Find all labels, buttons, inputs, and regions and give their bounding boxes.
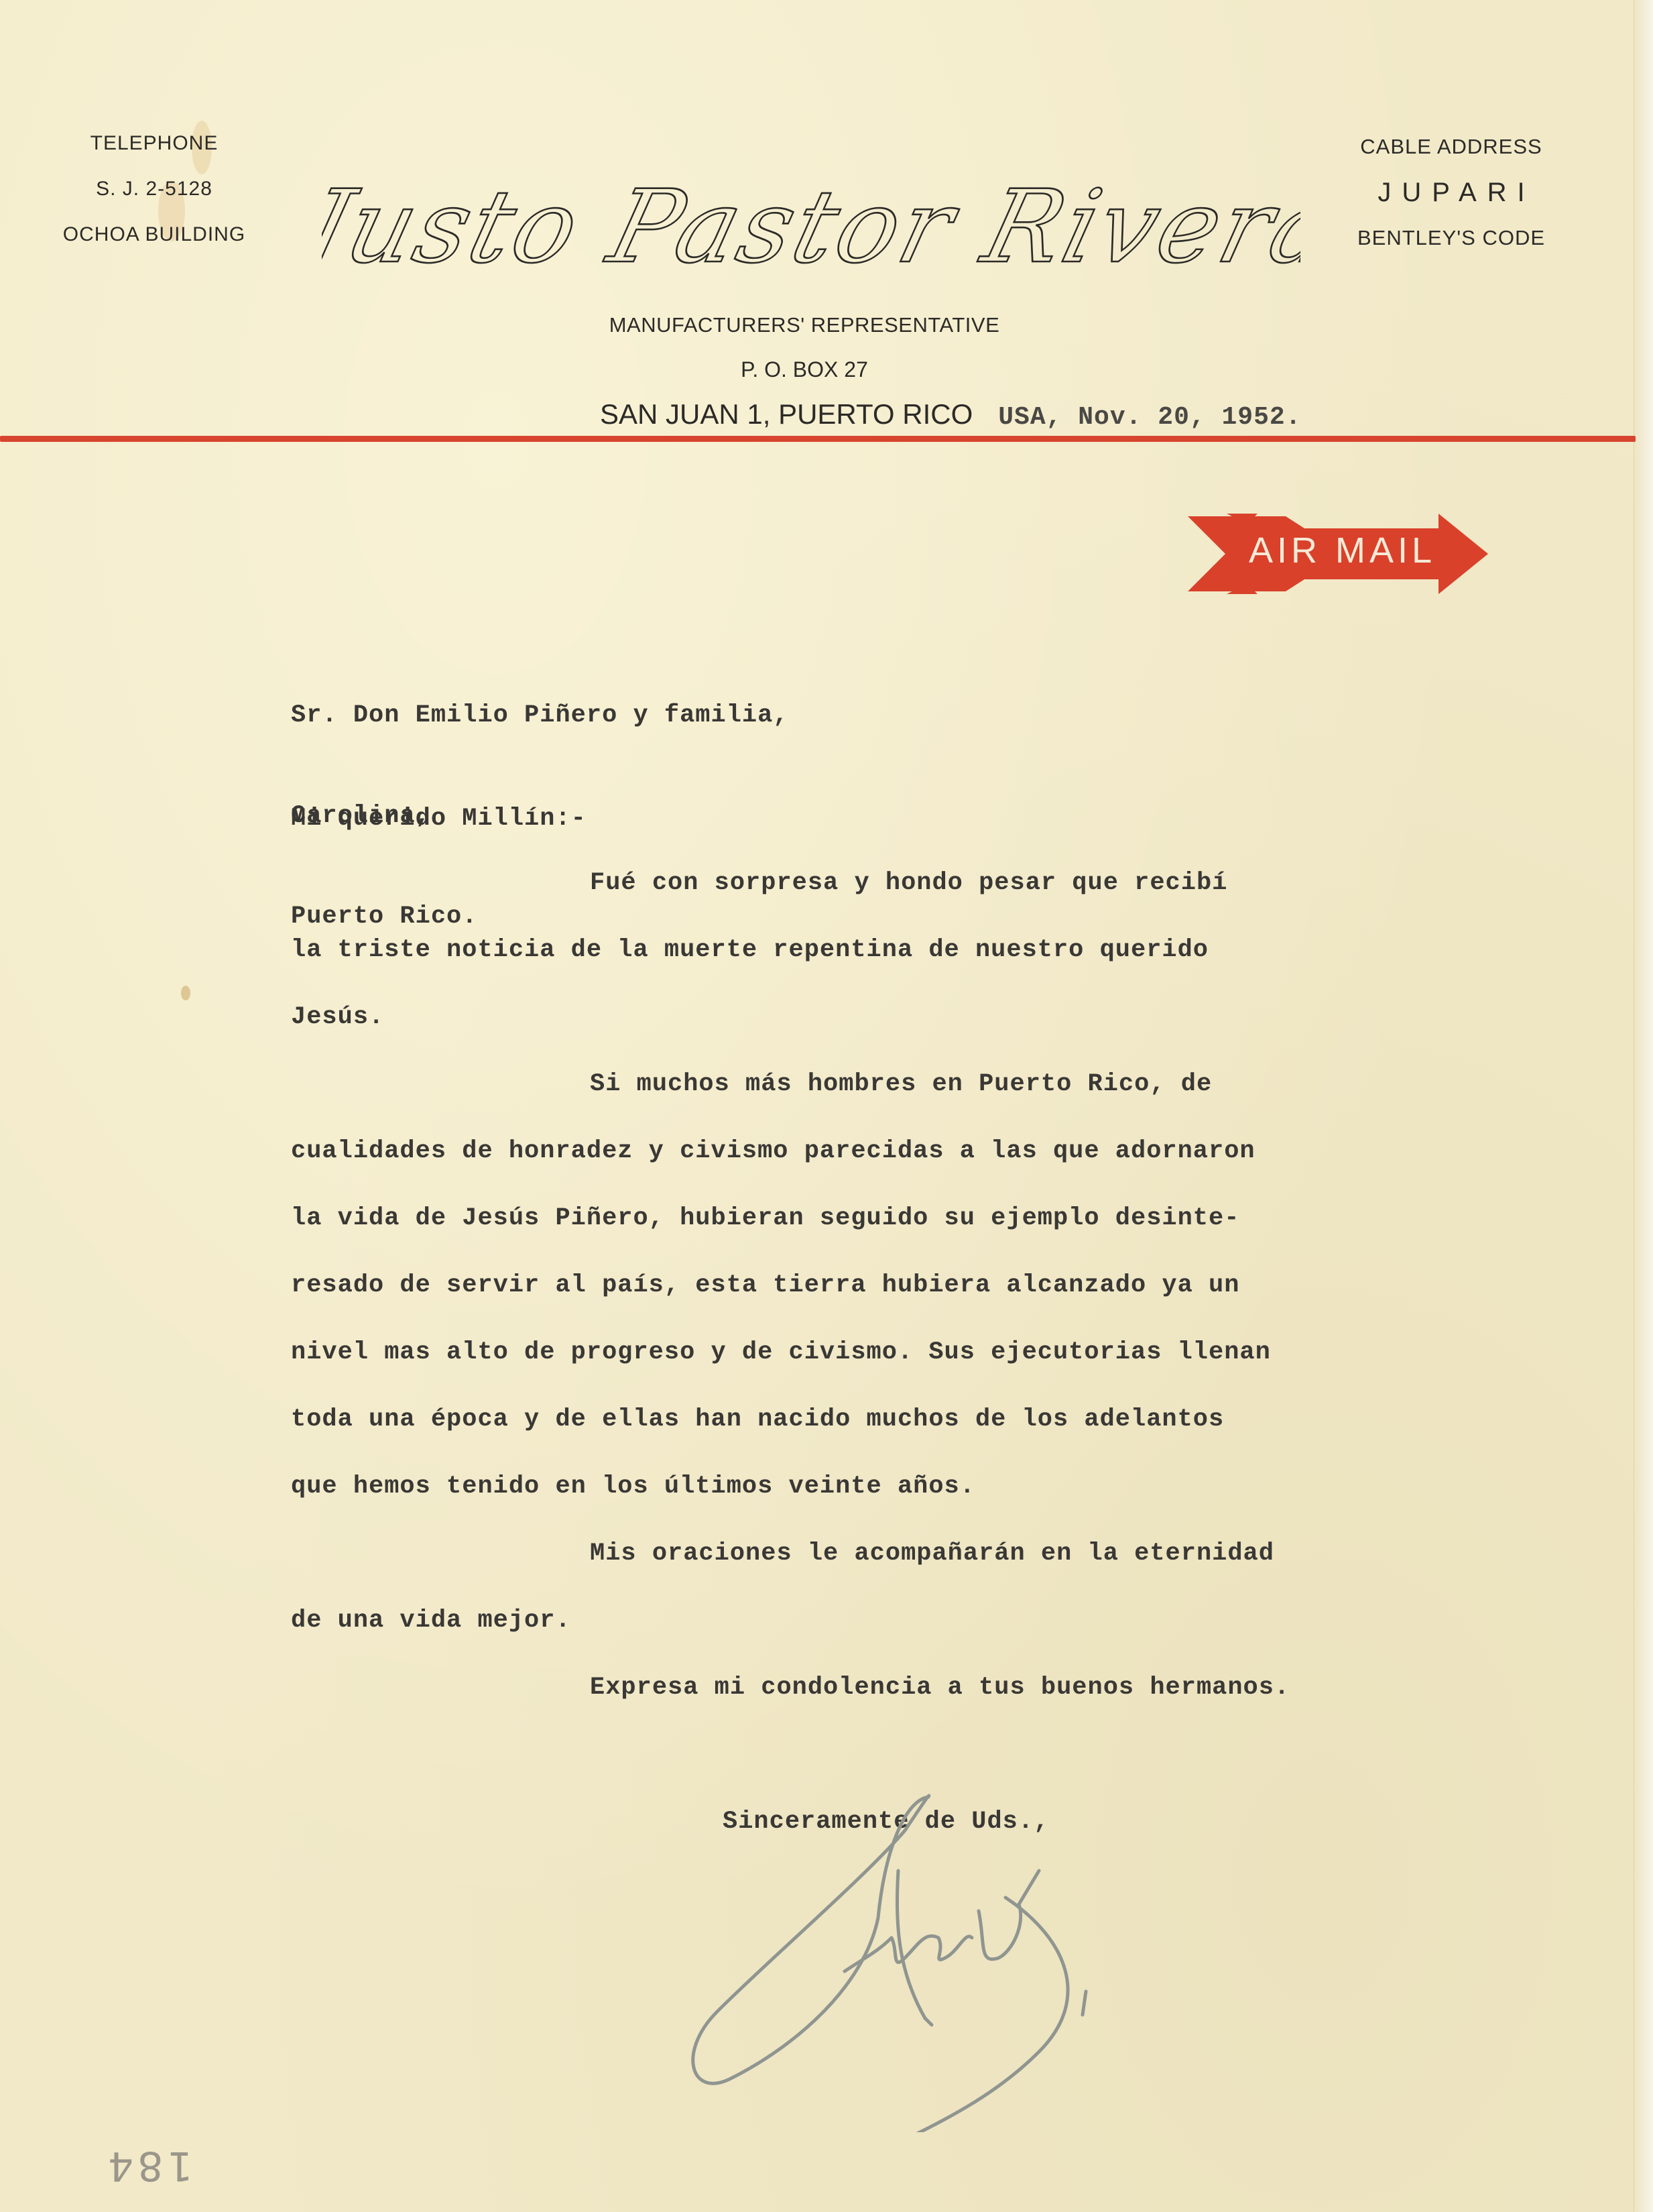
recipient-country: Puerto Rico.: [291, 900, 789, 933]
pencil-archive-number: 184: [104, 2142, 193, 2189]
telephone-number: S. J. 2-5128: [40, 166, 268, 212]
salutation: Mi querido Millín:-: [291, 802, 587, 835]
tagline: MANUFACTURERS' REPRESENTATIVE: [469, 305, 1140, 345]
paragraph-1-line: la triste noticia de la muerte repentina…: [291, 936, 1209, 964]
paragraph-1-line: Fué con sorpresa y hondo pesar que recib…: [590, 869, 1227, 897]
letterhead-cable: CABLE ADDRESS JUPARI BENTLEY'S CODE: [1334, 124, 1569, 261]
recipient-address: Sr. Don Emilio Piñero y familia, Carolin…: [291, 632, 789, 967]
letterhead-center: MANUFACTURERS' REPRESENTATIVE P. O. BOX …: [469, 305, 1140, 394]
letterhead-name-text: Justo Pastor Rivera: [322, 168, 1300, 285]
telephone-label: TELEPHONE: [40, 121, 268, 166]
building-name: OCHOA BUILDING: [40, 212, 268, 257]
code-book: BENTLEY'S CODE: [1334, 215, 1569, 261]
airmail-sticker: AIR MAIL: [1185, 511, 1491, 597]
recipient-name: Sr. Don Emilio Piñero y familia,: [291, 699, 789, 732]
signature: Justo: [664, 1770, 1146, 2132]
paragraph-1-line: Jesús.: [291, 1003, 384, 1031]
paragraph-2-line: toda una época y de ellas han nacido muc…: [291, 1405, 1224, 1434]
paper-stain: [181, 986, 190, 1000]
paragraph-2-line: resado de servir al país, esta tierra hu…: [291, 1271, 1239, 1299]
letterhead-name: Justo Pastor Rivera: [322, 161, 1300, 295]
cable-address-label: CABLE ADDRESS: [1334, 124, 1569, 170]
paragraph-3-line: de una vida mejor.: [291, 1607, 571, 1635]
paragraph-2-line: Si muchos más hombres en Puerto Rico, de: [590, 1070, 1212, 1098]
paper-edge: [1634, 0, 1653, 2212]
paragraph-2-line: la vida de Jesús Piñero, hubieran seguid…: [291, 1204, 1239, 1232]
paragraph-2-line: nivel mas alto de progreso y de civismo.…: [291, 1338, 1271, 1366]
paragraph-3-line: Mis oraciones le acompañarán en la etern…: [590, 1539, 1274, 1568]
letterhead-contact: TELEPHONE S. J. 2-5128 OCHOA BUILDING: [40, 121, 268, 257]
po-box: P. O. BOX 27: [469, 345, 1140, 394]
paragraph-2-line: que hemos tenido en los últimos veinte a…: [291, 1472, 975, 1501]
airmail-label: AIR MAIL: [1249, 530, 1436, 571]
letterhead-rule: [0, 436, 1636, 442]
cable-code: JUPARI: [1334, 170, 1569, 215]
letterhead-city: SAN JUAN 1, PUERTO RICO: [600, 398, 973, 430]
city-date-row: SAN JUAN 1, PUERTO RICO USA, Nov. 20, 19…: [600, 398, 1302, 432]
letter-date: USA, Nov. 20, 1952.: [998, 403, 1301, 432]
paragraph-4-line: Expresa mi condolencia a tus buenos herm…: [590, 1674, 1290, 1702]
paragraph-2-line: cualidades de honradez y civismo parecid…: [291, 1137, 1256, 1165]
